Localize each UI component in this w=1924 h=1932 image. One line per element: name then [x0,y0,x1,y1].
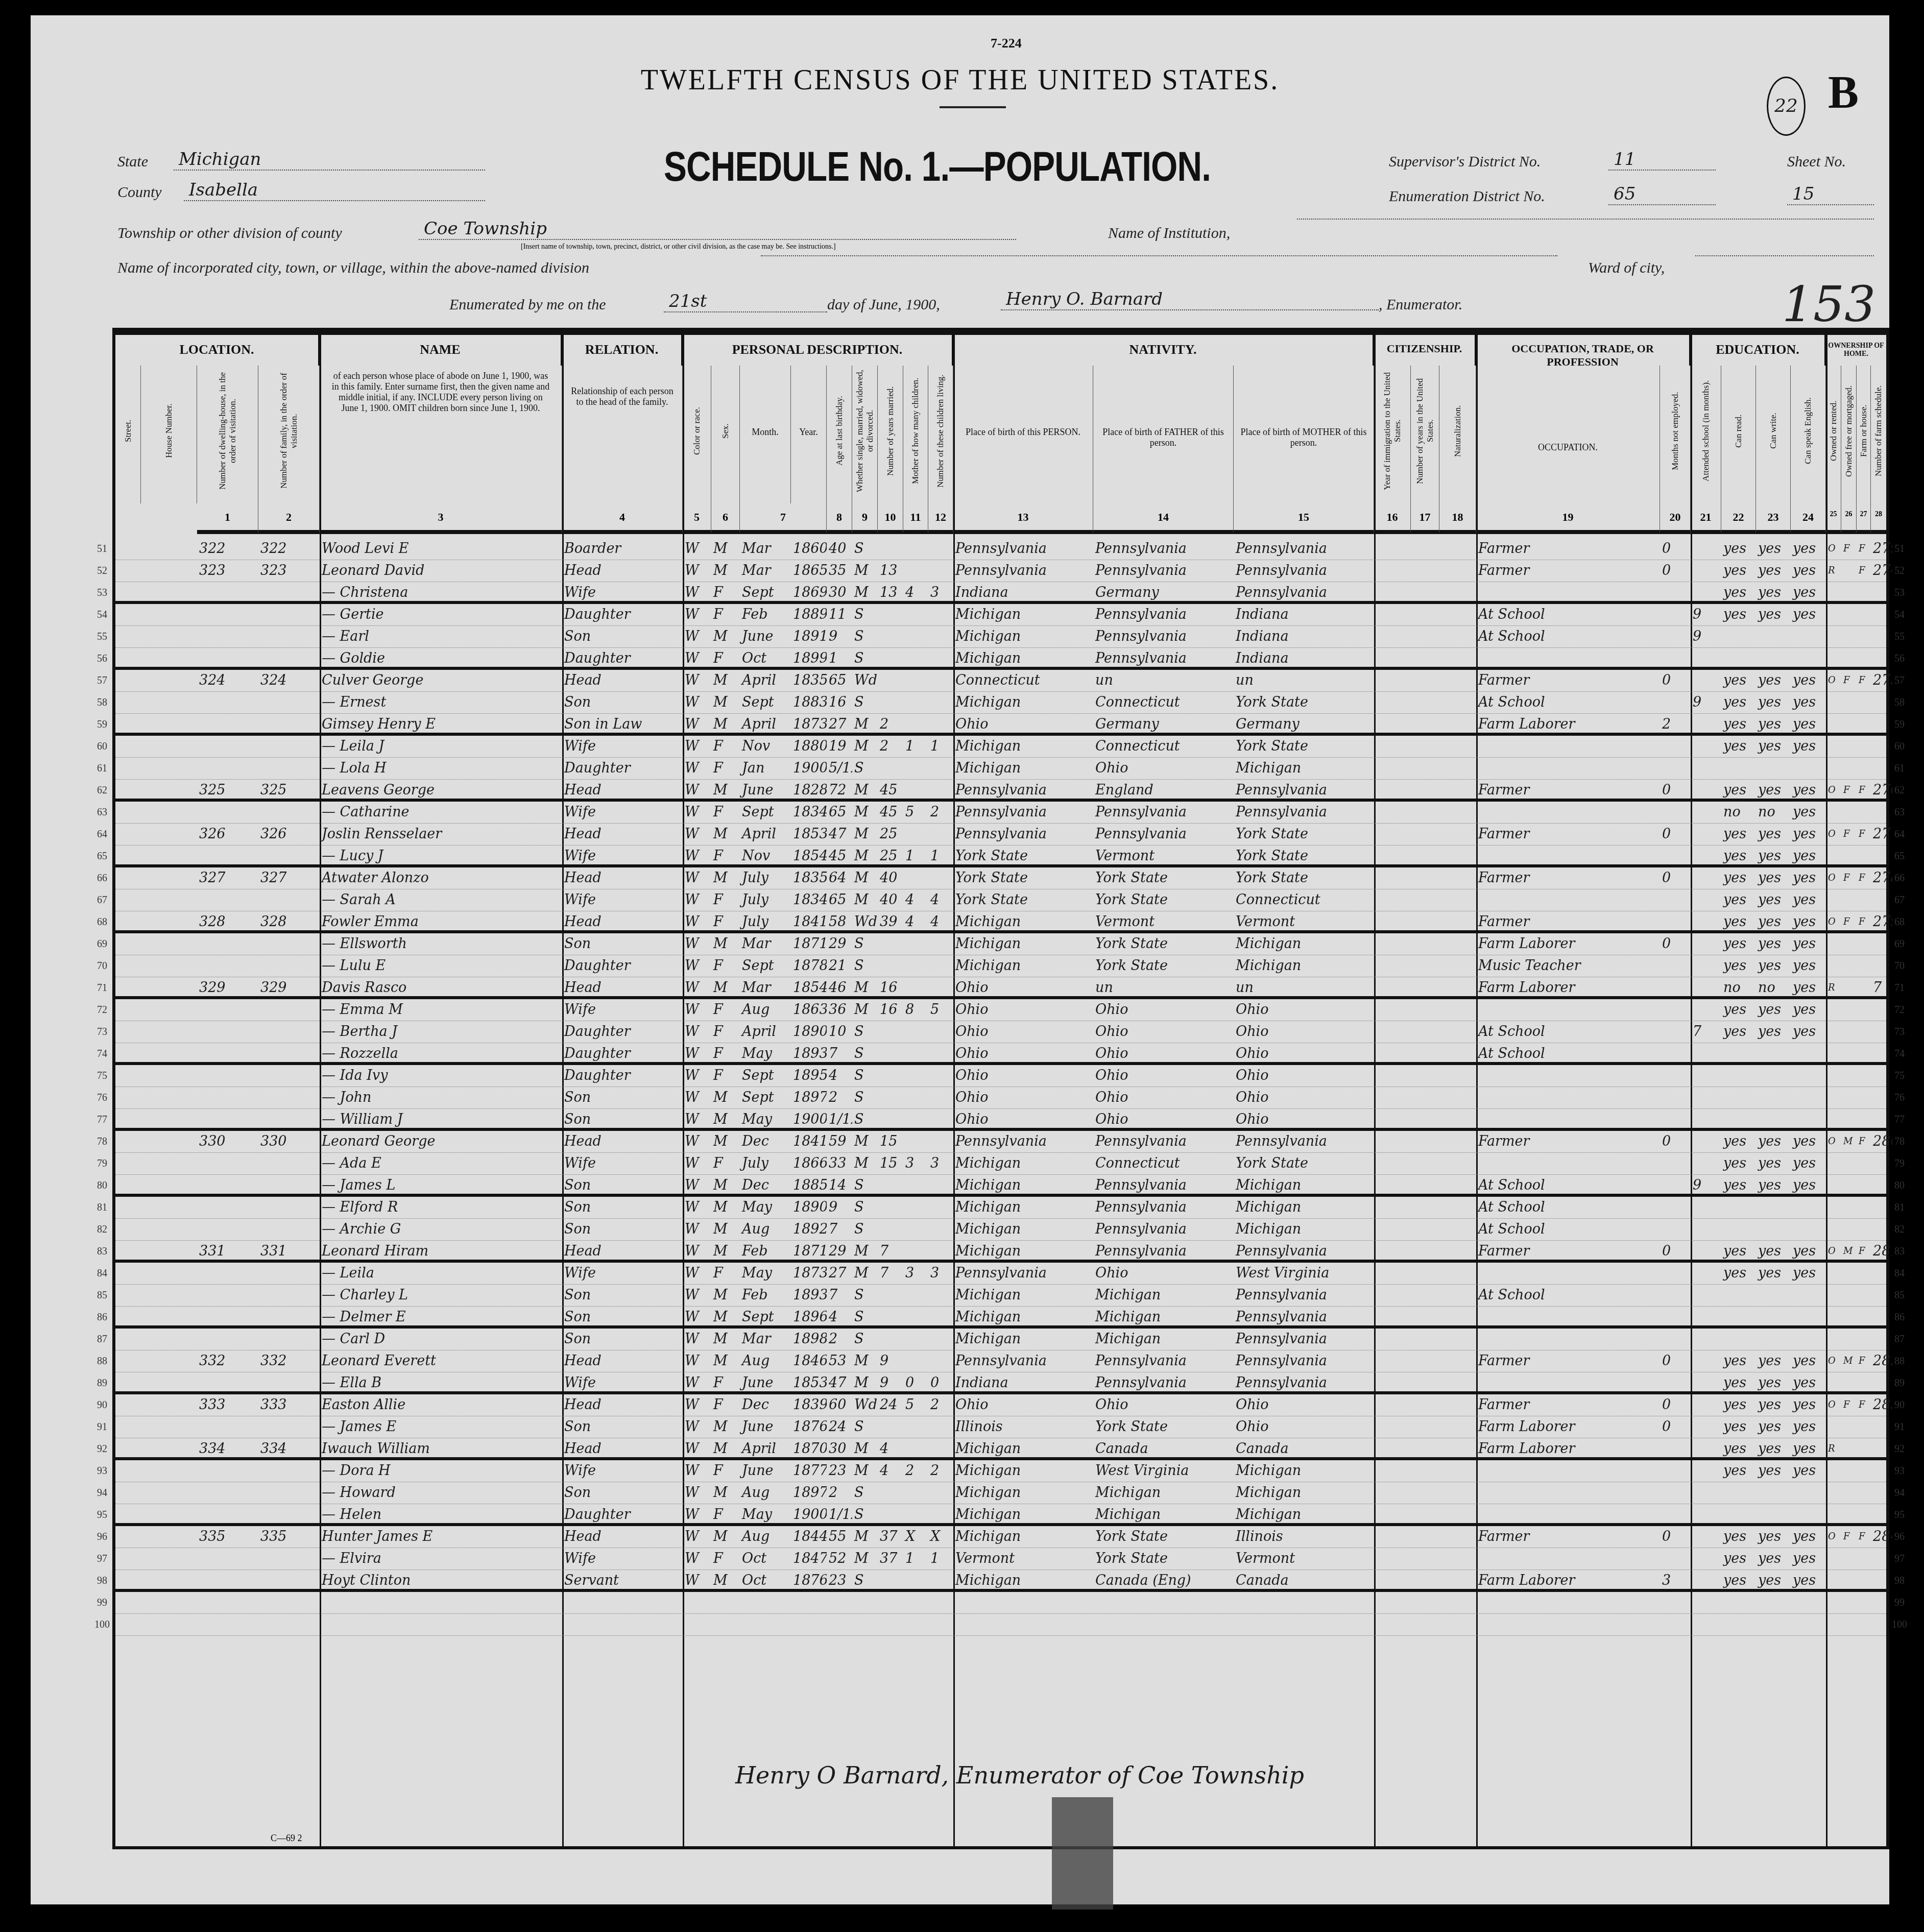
cell-sex: M [711,1241,740,1262]
cell-age: 10 [827,1021,852,1043]
cell-unemployed: 3 [1660,1570,1691,1591]
cell-marital: M [852,1131,878,1152]
cell-family [258,692,320,713]
cell-color: W [683,1175,711,1196]
cell-dwelling [197,1482,258,1504]
colnum-13: 13 [953,503,1093,534]
line-number: 74 [1889,1048,1910,1060]
cell-year: 1828 [791,780,827,801]
table-row: 7878330330Leonard GeorgeHeadWMDec184159M… [115,1131,1886,1153]
cell-age: 40 [827,538,852,560]
cell-sched [1871,889,1892,911]
cell-family [258,1329,320,1350]
cell-own [1826,1372,1841,1394]
cell-father: un [1093,670,1234,691]
cell-yrs-married [878,626,903,647]
cell-living: 4 [928,889,953,911]
line-number: 69 [92,938,112,950]
cell-sex [711,1614,740,1635]
hdr-months-unemployed: Months not employed. [1660,366,1691,503]
cell-english: yes [1791,714,1826,735]
cell-english [1791,758,1826,779]
cell-living [928,714,953,735]
cell-english: yes [1791,1460,1826,1482]
cell-own: O [1826,911,1841,933]
cell-name: — Archie G [320,1219,562,1240]
cell-unemployed [1660,911,1691,933]
cell-month: June [740,780,791,801]
cell-free: F [1841,911,1857,933]
cell-age: 36 [827,999,852,1021]
cell-read [1721,1109,1756,1130]
cell-birth: Indiana [953,1372,1093,1394]
cell-sex: F [711,1263,740,1284]
cell-yrs-married [878,1285,903,1306]
cell-occupation: At School [1476,1043,1660,1065]
cell-family: 329 [258,977,320,999]
cell-relation: Head [562,1241,683,1262]
cell-month: Mar [740,560,791,582]
cell-relation: Son [562,1285,683,1306]
cell-month: Aug [740,999,791,1021]
group-name: NAME [320,335,562,366]
cell-age: 47 [827,1372,852,1394]
table-row: 8282— Archie GSonWMAug18927SMichiganPenn… [115,1219,1886,1241]
cell-free [1841,846,1857,867]
line-number: 85 [1889,1290,1910,1301]
table-row: 9191— James ESonWMJune187624SIllinoisYor… [115,1416,1886,1438]
cell-mother: Pennsylvania [1234,780,1374,801]
cell-family: 331 [258,1241,320,1262]
cell-school [1691,1482,1721,1504]
cell-living [928,867,953,889]
table-row: 5858— ErnestSonWMSept188316SMichiganConn… [115,692,1886,714]
cell-year: 1885 [791,1175,827,1196]
form-number: 7-224 [991,36,1022,51]
cell-school [1691,1416,1721,1438]
cell-sex: M [711,538,740,560]
line-number: 73 [1889,1026,1910,1038]
table-row: 5252323323Leonard DavidHeadWMMar186535M1… [115,560,1886,582]
line-number: 73 [92,1026,112,1038]
cell-sched [1871,1153,1892,1174]
table-row: 8080— James LSonWMDec188514SMichiganPenn… [115,1175,1886,1197]
cell-relation: Daughter [562,955,683,977]
cell-mother [1234,1592,1374,1613]
cell-birth: Michigan [953,692,1093,713]
cell-yrs-married [878,1614,903,1635]
cell-birth: Michigan [953,736,1093,757]
hdr-sex: Sex. [711,366,740,503]
cell-month: Dec [740,1394,791,1416]
line-number: 70 [92,960,112,972]
cell-read: yes [1721,780,1756,801]
cell-color: W [683,1131,711,1152]
cell-year: 1890 [791,1021,827,1043]
cell-age: 19 [827,736,852,757]
cell-color: W [683,1263,711,1284]
cell-family: 333 [258,1394,320,1416]
cell-mother-of [903,670,928,691]
line-number: 54 [92,609,112,621]
cell-mother-of: 1 [903,1548,928,1569]
cell-father: Pennsylvania [1093,626,1234,647]
cell-mother: York State [1234,736,1374,757]
line-number: 80 [1889,1180,1910,1192]
cell-color: W [683,538,711,560]
cell-english [1791,626,1826,647]
cell-read: yes [1721,1438,1756,1460]
cell-school [1691,955,1721,977]
cell-mother-of [903,560,928,582]
cell-write: yes [1756,736,1791,757]
cell-year: 1897 [791,1482,827,1504]
cell-month: Mar [740,538,791,560]
cell-school [1691,1285,1721,1306]
line-number: 68 [1889,916,1910,928]
cell-relation: Wife [562,1372,683,1394]
cell-mother-of: X [903,1526,928,1548]
cell-age: 46 [827,977,852,999]
cell-mother: Pennsylvania [1234,1350,1374,1372]
cell-age [827,1592,852,1613]
cell-sex: F [711,582,740,603]
table-row: 7575— Ida IvyDaughterWFSept18954SOhioOhi… [115,1065,1886,1087]
cell-father [1093,1614,1234,1635]
cell-mother-of: 2 [903,1460,928,1482]
cell-father: Pennsylvania [1093,1350,1234,1372]
cell-name: — Helen [320,1504,562,1526]
cell-yrs-married: 39 [878,911,903,933]
cell-read [1721,1614,1756,1635]
line-number: 97 [1889,1553,1910,1565]
cell-living: 1 [928,846,953,867]
cell-relation: Head [562,867,683,889]
cell-school: 7 [1691,1021,1721,1043]
cell-color: W [683,1241,711,1262]
cell-english [1791,1219,1826,1240]
cell-write [1756,1614,1791,1635]
cell-sex: M [711,1350,740,1372]
cell-family [258,846,320,867]
cell-year: 1880 [791,736,827,757]
hdr-can-write: Can write. [1756,366,1791,503]
cell-name [320,1592,562,1613]
cell-relation: Son [562,626,683,647]
cell-relation: Wife [562,582,683,603]
state-field: Michigan [174,149,485,171]
cell-month: April [740,824,791,845]
table-row: 5353— ChristenaWifeWFSept186930M1343Indi… [115,582,1886,604]
cell-father [1093,1592,1234,1613]
cell-dwelling [197,714,258,735]
cell-color: W [683,1065,711,1086]
cell-mother-of [903,604,928,625]
cell-english [1791,1109,1826,1130]
cell-yrs-married [878,1065,903,1086]
cell-write: yes [1756,1548,1791,1569]
cell-sex: M [711,670,740,691]
cell-free: F [1841,824,1857,845]
cell-sched [1871,1065,1892,1086]
cell-month: April [740,714,791,735]
cell-free [1841,1482,1857,1504]
cell-marital: M [852,824,878,845]
cell-birth: Michigan [953,604,1093,625]
table-row: 5555— EarlSonWMJune18919SMichiganPennsyl… [115,626,1886,648]
table-row: 7777— William JSonWMMay19001/12SOhioOhio… [115,1109,1886,1131]
cell-occupation [1476,736,1660,757]
cell-sched [1871,846,1892,867]
cell-occupation: At School [1476,626,1660,647]
cell-yrs-married: 13 [878,560,903,582]
cell-farm: F [1857,824,1871,845]
cell-occupation: Farmer [1476,1350,1660,1372]
cell-school [1691,1460,1721,1482]
cell-living [928,1570,953,1591]
cell-name: — William J [320,1109,562,1130]
line-number: 83 [1889,1246,1910,1258]
cell-family [258,1460,320,1482]
hdr-house: House Number. [141,366,197,503]
line-number: 99 [1889,1597,1910,1609]
cell-year: 1854 [791,977,827,999]
cell-year: 1896 [791,1307,827,1328]
cell-birth: Michigan [953,648,1093,669]
cell-dwelling [197,1087,258,1108]
cell-year: 1873 [791,714,827,735]
line-number: 56 [92,653,112,665]
cell-own [1826,692,1841,713]
cell-mother-of [903,1197,928,1218]
cell-sex: F [711,1460,740,1482]
colnum-22: 22 [1721,503,1756,534]
cell-age: 27 [827,714,852,735]
cell-mother-of [903,692,928,713]
cell-birth: Michigan [953,911,1093,933]
cell-marital: S [852,1285,878,1306]
cell-color: W [683,977,711,999]
hdr-farm-schedule: Number of farm schedule. [1871,366,1886,503]
cell-sched [1871,1372,1892,1394]
cell-mother-of [903,1285,928,1306]
cell-farm [1857,1548,1871,1569]
cell-month: July [740,1153,791,1174]
cell-write [1756,1482,1791,1504]
cell-yrs-married: 40 [878,889,903,911]
cell-english [1791,1329,1826,1350]
hdr-years-married: Number of years married. [878,366,903,503]
line-number: 62 [1889,785,1910,796]
cell-mother-of: 4 [903,582,928,603]
cell-living [928,1043,953,1065]
cell-father: Pennsylvania [1093,538,1234,560]
cell-name: — James L [320,1175,562,1196]
table-row: 8888332332Leonard EverettHeadWMAug184653… [115,1350,1886,1372]
cell-birth: Michigan [953,1482,1093,1504]
cell-occupation: Farmer [1476,1131,1660,1152]
cell-mother-of [903,758,928,779]
cell-free [1841,1153,1857,1174]
cell-read: yes [1721,1175,1756,1196]
cell-free [1841,1043,1857,1065]
cell-name: Iwauch William [320,1438,562,1460]
cell-unemployed [1660,1263,1691,1284]
cell-dwelling: 330 [197,1131,258,1152]
cell-color: W [683,692,711,713]
cell-living [928,648,953,669]
cell-sex: M [711,626,740,647]
cell-family [258,1021,320,1043]
table-row: 9898Hoyt ClintonServantWMOct187623SMichi… [115,1570,1886,1592]
cell-family: 322 [258,538,320,560]
cell-year: 1870 [791,1438,827,1460]
line-number: 53 [92,587,112,599]
cell-farm [1857,1416,1871,1438]
cell-month [740,1614,791,1635]
cell-relation: Head [562,1350,683,1372]
cell-father: Ohio [1093,1065,1234,1086]
cell-unemployed [1660,1021,1691,1043]
cell-school [1691,1131,1721,1152]
cell-school [1691,1438,1721,1460]
cell-sex: F [711,736,740,757]
cell-mother-of: 5 [903,802,928,823]
cell-marital: S [852,1219,878,1240]
cell-school [1691,1241,1721,1262]
cell-write: yes [1756,1460,1791,1482]
cell-mother-of [903,1592,928,1613]
table-row: 9696335335Hunter James EHeadWMAug184455M… [115,1526,1886,1548]
cell-year: 1841 [791,911,827,933]
line-number: 67 [92,895,112,906]
line-number: 87 [92,1334,112,1345]
cell-age: 59 [827,1131,852,1152]
cell-mother: un [1234,670,1374,691]
ink-smudge [1052,1797,1113,1910]
cell-occupation: Farm Laborer [1476,714,1660,735]
line-number: 52 [92,565,112,577]
cell-write: yes [1756,582,1791,603]
cell-birth: Ohio [953,1394,1093,1416]
cell-sched [1871,1570,1892,1591]
cell-month: Mar [740,933,791,955]
cell-write: yes [1756,889,1791,911]
cell-read: yes [1721,1570,1756,1591]
cell-year: 1897 [791,1087,827,1108]
cell-write: yes [1756,911,1791,933]
colnum-17: 17 [1411,503,1439,534]
cell-name: Joslin Rensselaer [320,824,562,845]
cell-occupation: At School [1476,1021,1660,1043]
cell-color: W [683,1043,711,1065]
cell-own [1826,955,1841,977]
cell-name: Leonard George [320,1131,562,1152]
cell-farm [1857,802,1871,823]
cell-family [258,955,320,977]
cell-own [1826,1504,1841,1526]
cell-own [1826,1285,1841,1306]
cell-year: 1898 [791,1329,827,1350]
cell-age: 11 [827,604,852,625]
cell-yrs-married [878,1043,903,1065]
line-number: 76 [1889,1092,1910,1104]
cell-mother-of [903,867,928,889]
cell-own [1826,1329,1841,1350]
cell-sched: 275 [1871,670,1892,691]
cell-unemployed [1660,977,1691,999]
cell-family [258,1263,320,1284]
cell-mother: Illinois [1234,1526,1374,1548]
cell-english: yes [1791,1175,1826,1196]
cell-name: — Lola H [320,758,562,779]
cell-read: yes [1721,670,1756,691]
cell-father: Germany [1093,714,1234,735]
cell-mother: York State [1234,846,1374,867]
cell-birth: Michigan [953,1241,1093,1262]
cell-marital: S [852,1109,878,1130]
colnum-9: 9 [852,503,878,534]
cell-mother: Pennsylvania [1234,1285,1374,1306]
cell-living: 3 [928,1263,953,1284]
colnum-24: 24 [1791,503,1826,534]
cell-read: yes [1721,1416,1756,1438]
table-row: 7171329329Davis RascoHeadWMMar185446M16O… [115,977,1886,999]
cell-unemployed: 0 [1660,1416,1691,1438]
cell-name: — Delmer E [320,1307,562,1328]
cell-occupation [1476,1263,1660,1284]
cell-year: 1869 [791,582,827,603]
cell-marital: S [852,1043,878,1065]
cell-own [1826,1548,1841,1569]
cell-birth: Michigan [953,1197,1093,1218]
cell-free [1841,1307,1857,1328]
cell-sex: M [711,692,740,713]
cell-write [1756,1307,1791,1328]
cell-father: Michigan [1093,1482,1234,1504]
colnum-5: 5 [683,503,711,534]
cell-color: W [683,1438,711,1460]
cell-unemployed [1660,1109,1691,1130]
cell-sched [1871,1482,1892,1504]
cell-family [258,1043,320,1065]
cell-sched: 276 [1871,780,1892,801]
cell-unemployed [1660,604,1691,625]
line-number: 93 [92,1465,112,1477]
cell-farm [1857,1197,1871,1218]
cell-free [1841,758,1857,779]
cell-unemployed [1660,736,1691,757]
cell-occupation: Farmer [1476,670,1660,691]
cell-family [258,1087,320,1108]
cell-free [1841,955,1857,977]
cell-farm [1857,582,1871,603]
cell-age: 52 [827,1548,852,1569]
cell-family [258,1153,320,1174]
cell-sex: F [711,846,740,867]
cell-father: Connecticut [1093,1153,1234,1174]
cell-mother-of [903,824,928,845]
cell-birth: Vermont [953,1548,1093,1569]
cell-occupation: Farmer [1476,1241,1660,1262]
cell-month: Oct [740,1548,791,1569]
cell-mother: Canada [1234,1438,1374,1460]
table-row: 6262325325Leavens GeorgeHeadWMJune182872… [115,780,1886,802]
line-number: 86 [92,1312,112,1323]
cell-unemployed: 0 [1660,824,1691,845]
cell-write [1756,1043,1791,1065]
cell-english: yes [1791,955,1826,977]
